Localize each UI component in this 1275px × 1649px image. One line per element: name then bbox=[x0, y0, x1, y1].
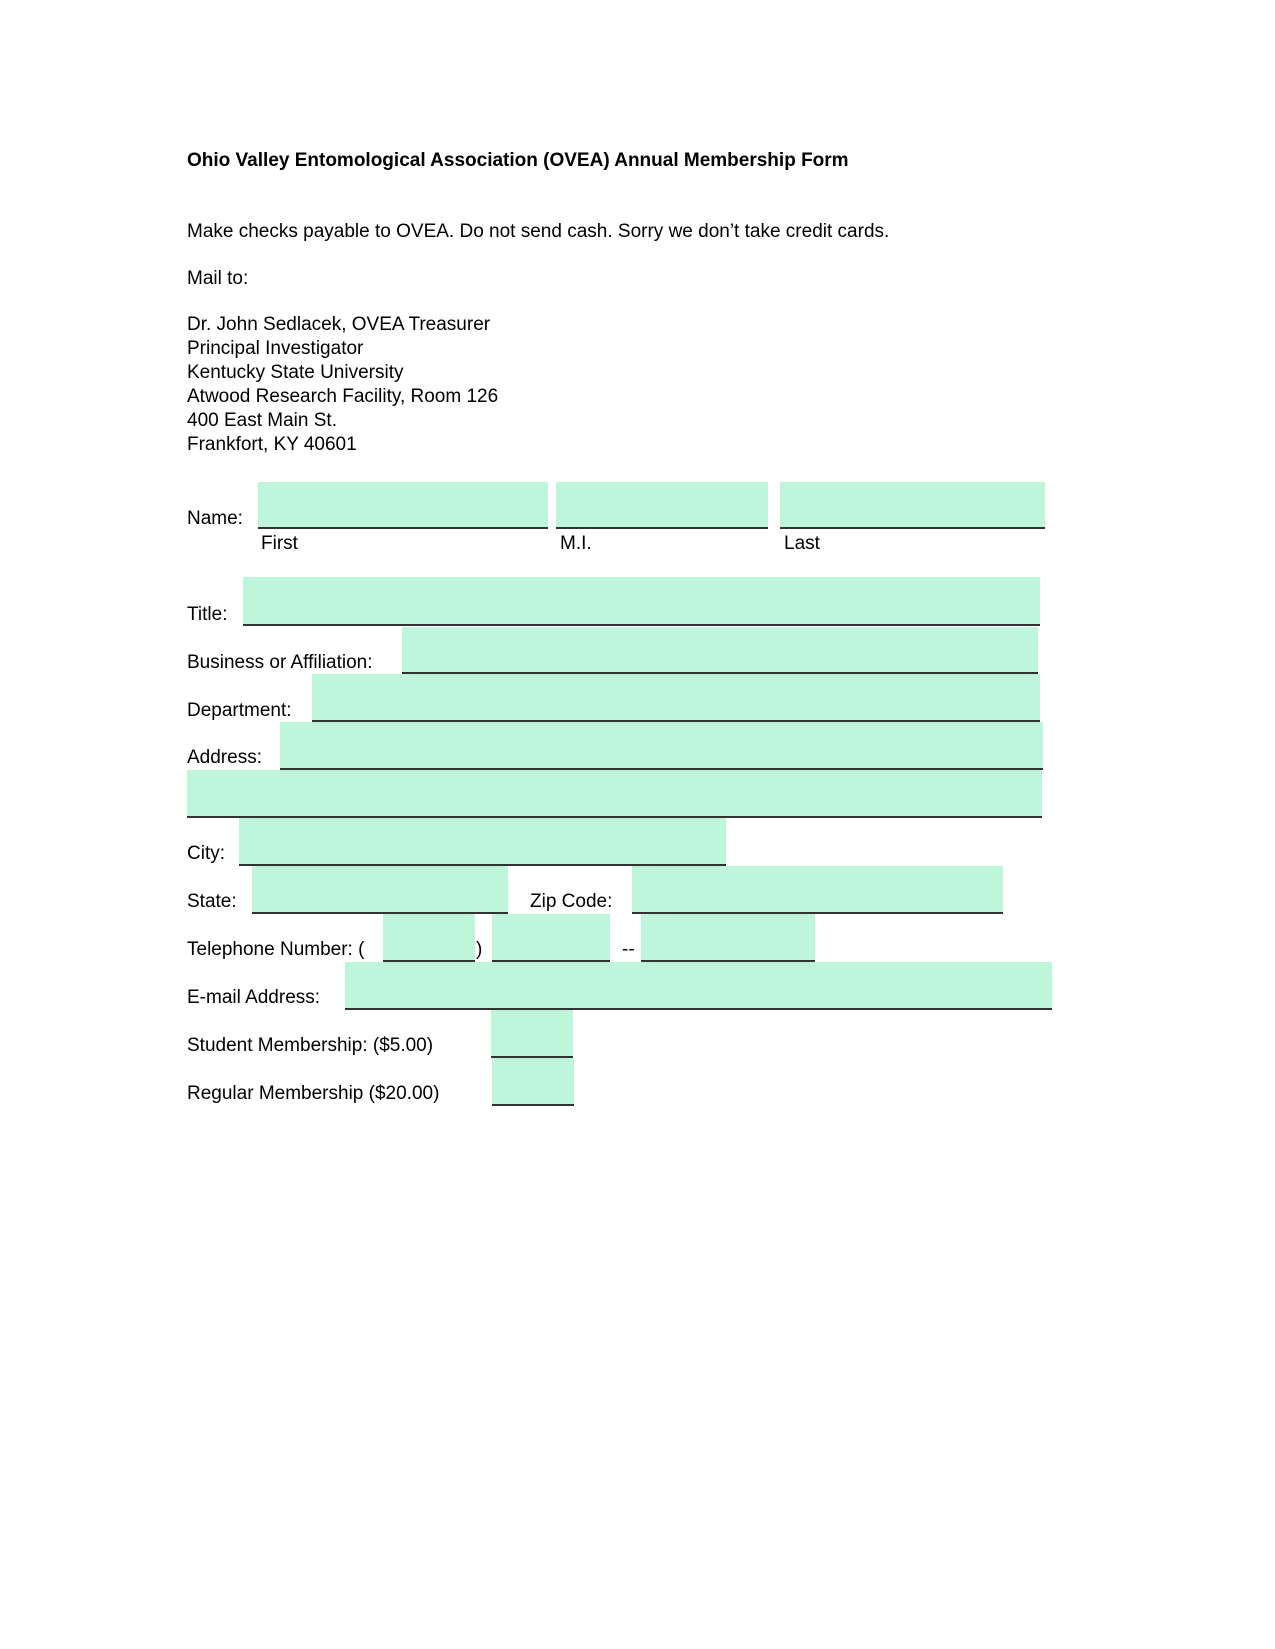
department-label: Department: bbox=[187, 700, 292, 722]
telephone-close-paren: ) bbox=[476, 939, 482, 961]
mailing-address-line: Frankfort, KY 40601 bbox=[187, 434, 357, 456]
department-field[interactable] bbox=[312, 674, 1040, 722]
mailing-address-line: Principal Investigator bbox=[187, 338, 363, 360]
regular-membership-label: Regular Membership ($20.00) bbox=[187, 1083, 439, 1105]
telephone-label: Telephone Number: ( bbox=[187, 939, 364, 961]
form-title: Ohio Valley Entomological Association (O… bbox=[187, 150, 849, 172]
mailing-address-line: Atwood Research Facility, Room 126 bbox=[187, 386, 498, 408]
regular-membership-field[interactable] bbox=[492, 1058, 574, 1106]
middle-initial-field[interactable] bbox=[556, 482, 768, 529]
middle-initial-caption: M.I. bbox=[560, 533, 592, 555]
title-field[interactable] bbox=[243, 577, 1040, 626]
city-label: City: bbox=[187, 843, 225, 865]
city-field[interactable] bbox=[239, 818, 726, 866]
state-field[interactable] bbox=[252, 866, 508, 914]
title-label: Title: bbox=[187, 604, 227, 626]
telephone-dash: -- bbox=[622, 939, 635, 961]
address-line1-field[interactable] bbox=[280, 722, 1043, 770]
zip-field[interactable] bbox=[632, 866, 1003, 914]
phone-prefix-field[interactable] bbox=[492, 914, 610, 962]
phone-line-field[interactable] bbox=[641, 914, 815, 962]
name-label: Name: bbox=[187, 508, 243, 530]
state-label: State: bbox=[187, 891, 237, 913]
last-name-field[interactable] bbox=[780, 482, 1045, 529]
email-field[interactable] bbox=[345, 962, 1052, 1010]
mailing-address-line: 400 East Main St. bbox=[187, 410, 337, 432]
address-line2-field[interactable] bbox=[187, 770, 1042, 818]
business-label: Business or Affiliation: bbox=[187, 652, 373, 674]
mailing-address-line: Dr. John Sedlacek, OVEA Treasurer bbox=[187, 314, 490, 336]
phone-area-code-field[interactable] bbox=[383, 914, 475, 962]
first-name-caption: First bbox=[261, 533, 298, 555]
student-membership-field[interactable] bbox=[491, 1010, 573, 1058]
mail-to-label: Mail to: bbox=[187, 268, 248, 290]
email-label: E-mail Address: bbox=[187, 987, 320, 1009]
mailing-address-line: Kentucky State University bbox=[187, 362, 403, 384]
student-membership-label: Student Membership: ($5.00) bbox=[187, 1035, 433, 1057]
address-label: Address: bbox=[187, 747, 262, 769]
business-field[interactable] bbox=[402, 627, 1038, 674]
first-name-field[interactable] bbox=[258, 482, 548, 529]
zip-label: Zip Code: bbox=[530, 891, 612, 913]
last-name-caption: Last bbox=[784, 533, 820, 555]
payment-instructions: Make checks payable to OVEA. Do not send… bbox=[187, 221, 889, 243]
